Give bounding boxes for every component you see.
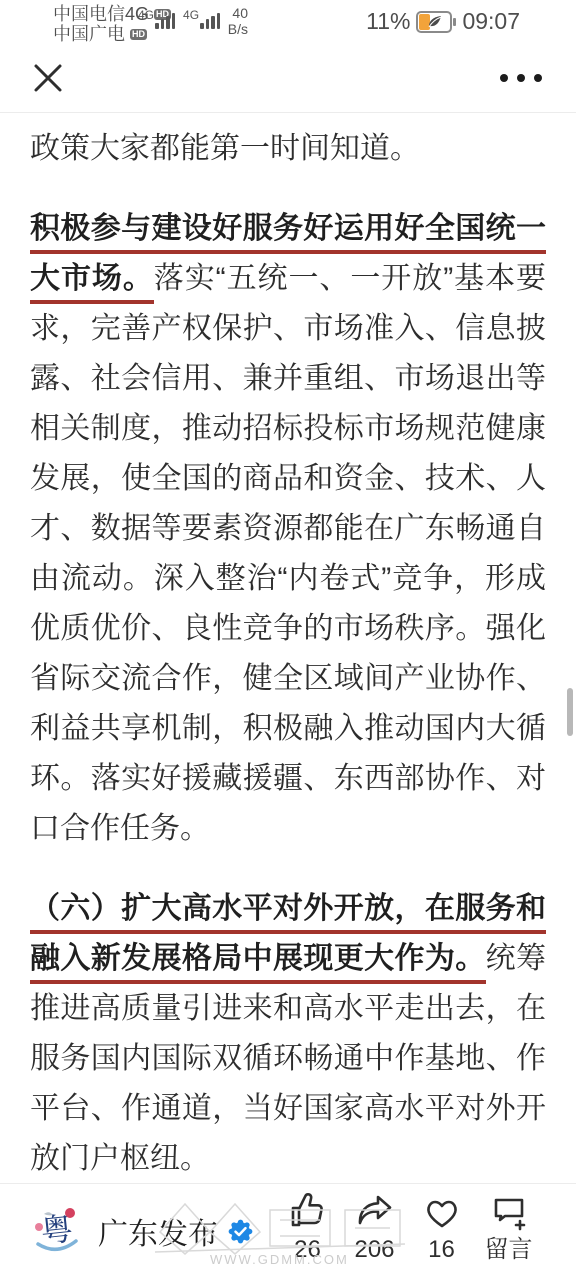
body-text: 求，完善产权保护、市场准入、信息披: [30, 312, 546, 345]
text-line: 省际交流合作，健全区域间产业协作、: [30, 654, 546, 704]
carrier2-label: 中国广电: [53, 24, 125, 44]
verified-badge-icon: [228, 1219, 253, 1244]
favorite-button[interactable]: 16: [408, 1190, 475, 1264]
body-text: 省际交流合作，健全区域间产业协作、: [30, 662, 546, 695]
svg-text:粤: 粤: [39, 1210, 75, 1249]
body-text: 服务国内国际双循环畅通中作基地、作: [30, 1042, 546, 1075]
avatar: 粤: [28, 1202, 86, 1260]
text-line: 服务国内国际双循环畅通中作基地、作: [30, 1034, 546, 1084]
scrollbar-thumb[interactable]: [567, 688, 573, 736]
emphasized-underlined-text: （六）扩大高水平对外开放，在服务和: [30, 892, 546, 934]
more-dots-icon: [500, 74, 508, 82]
text-line: 推进高质量引进来和高水平走出去，在: [30, 984, 546, 1034]
comment-plus-icon: [487, 1190, 531, 1234]
hd-badge: HD: [130, 29, 147, 40]
body-text: 推进高质量引进来和高水平走出去，在: [30, 992, 546, 1025]
text-line: 利益共享机制，积极融入推动国内大循: [30, 704, 546, 754]
body-text: 统筹: [486, 942, 546, 975]
favorite-count: 16: [428, 1236, 455, 1264]
paragraph: （六）扩大高水平对外开放，在服务和融入新发展格局中展现更大作为。统筹推进高质量引…: [30, 884, 546, 1184]
body-text: 发展，使全国的商品和资金、技术、人: [30, 462, 546, 495]
body-text: 由流动。深入整治“内卷式”竞争，形成: [30, 562, 546, 595]
account-name[interactable]: 广东发布: [98, 1209, 218, 1253]
carrier1-label: 中国电信4G: [53, 4, 149, 24]
comment-label: 留言: [485, 1236, 533, 1264]
text-line: 放门户枢纽。: [30, 1134, 546, 1184]
body-text: 政策大家都能第一时间知道。: [30, 132, 420, 165]
text-line: 由流动。深入整治“内卷式”竞争，形成: [30, 554, 546, 604]
text-line: 积极参与建设好服务好运用好全国统一: [30, 204, 546, 254]
body-text: 相关制度，推动招标投标市场规范健康: [30, 412, 546, 445]
text-line: 优质优价、良性竞争的市场秩序。强化: [30, 604, 546, 654]
nav-bar: [0, 46, 576, 113]
more-dots-icon: [517, 74, 525, 82]
battery-saver-icon: [416, 11, 456, 33]
body-text: 放门户枢纽。: [30, 1142, 210, 1175]
body-text: 利益共享机制，积极融入推动国内大循: [30, 712, 546, 745]
like-button[interactable]: 26: [274, 1190, 341, 1264]
share-arrow-icon: [353, 1190, 397, 1234]
text-line: 环。落实好援藏援疆、东西部协作、对: [30, 754, 546, 804]
share-button[interactable]: 206: [341, 1190, 408, 1264]
emphasized-underlined-text: 积极参与建设好服务好运用好全国统一: [30, 212, 546, 254]
close-icon: [28, 58, 68, 98]
text-line: （六）扩大高水平对外开放，在服务和: [30, 884, 546, 934]
network-speed: 40 B/s: [208, 5, 248, 37]
status-bar: 中国电信4G HD 中国广电 HD 4G 4G 40 B/s 11% 09:: [0, 0, 576, 46]
thumbs-up-icon: [286, 1190, 330, 1234]
emphasized-underlined-text: 融入新发展格局中展现更大作为。: [30, 942, 486, 984]
signal-bars-icon: 4G: [138, 7, 175, 29]
paragraph: 积极参与建设好服务好运用好全国统一大市场。落实“五统一、一开放”基本要求，完善产…: [30, 204, 546, 854]
article-body: 政策大家都能第一时间知道。积极参与建设好服务好运用好全国统一大市场。落实“五统一…: [30, 114, 546, 1214]
share-count: 206: [354, 1236, 394, 1264]
more-menu-button[interactable]: [500, 64, 542, 92]
text-line: 政策大家都能第一时间知道。: [30, 124, 546, 174]
body-text: 露、社会信用、兼并重组、市场退出等: [30, 362, 546, 395]
close-button[interactable]: [28, 58, 68, 98]
body-text: 口合作任务。: [30, 812, 210, 845]
text-line: 求，完善产权保护、市场准入、信息披: [30, 304, 546, 354]
battery-percent: 11%: [366, 8, 410, 35]
heart-icon: [420, 1190, 464, 1234]
account-row[interactable]: 粤 广东发布: [28, 1202, 253, 1260]
text-line: 大市场。落实“五统一、一开放”基本要: [30, 254, 546, 304]
body-text: 落实“五统一、一开放”基本要: [154, 262, 546, 295]
paragraph: 政策大家都能第一时间知道。: [30, 124, 546, 174]
leaf-icon: [422, 13, 448, 31]
like-count: 26: [294, 1236, 321, 1264]
text-line: 口合作任务。: [30, 804, 546, 854]
body-text: 平台、作通道，当好国家高水平对外开: [30, 1092, 546, 1125]
text-line: 露、社会信用、兼并重组、市场退出等: [30, 354, 546, 404]
body-text: 才、数据等要素资源都能在广东畅通自: [30, 512, 546, 545]
body-text: 优质优价、良性竞争的市场秩序。强化: [30, 612, 546, 645]
text-line: 相关制度，推动招标投标市场规范健康: [30, 404, 546, 454]
text-line: 才、数据等要素资源都能在广东畅通自: [30, 504, 546, 554]
text-line: 发展，使全国的商品和资金、技术、人: [30, 454, 546, 504]
body-text: 环。落实好援藏援疆、东西部协作、对: [30, 762, 546, 795]
text-line: 平台、作通道，当好国家高水平对外开: [30, 1084, 546, 1134]
text-line: 融入新发展格局中展现更大作为。统筹: [30, 934, 546, 984]
clock: 09:07: [462, 8, 520, 35]
footer-bar: 粤 广东发布 26: [0, 1183, 576, 1280]
comment-button[interactable]: 留言: [475, 1190, 542, 1264]
more-dots-icon: [534, 74, 542, 82]
emphasized-underlined-text: 大市场。: [30, 262, 154, 304]
